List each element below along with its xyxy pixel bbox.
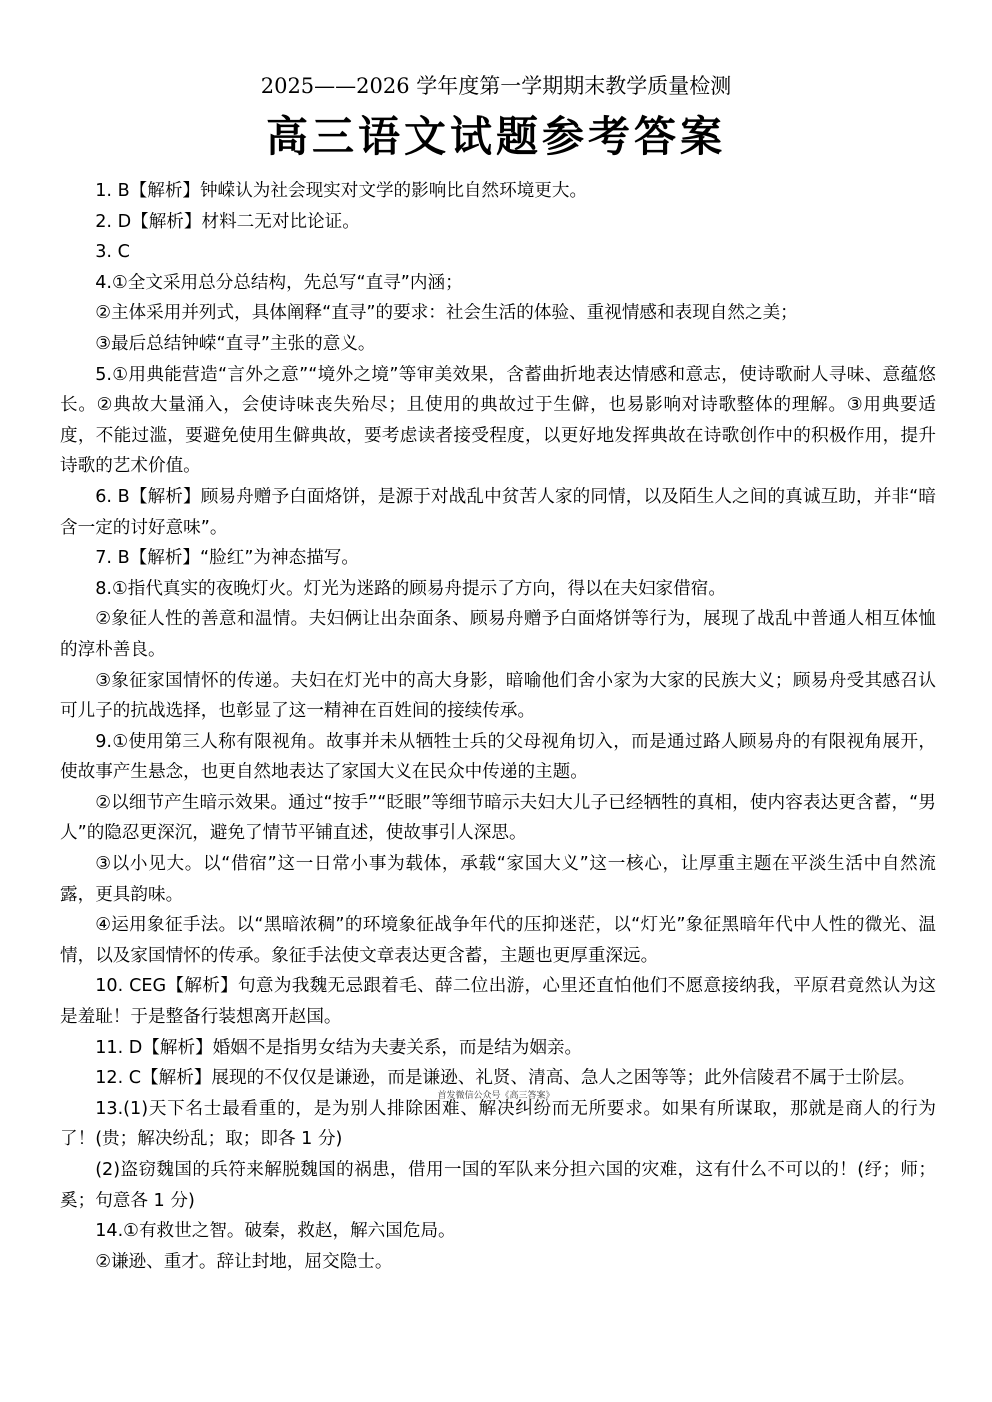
answer-q8-point3: ③象征家国情怀的传递。夫妇在灯光中的高大身影，暗喻他们舍小家为大家的民族大义；顾… bbox=[60, 666, 936, 727]
exam-subtitle: 2025——2026 学年度第一学期期末教学质量检测 bbox=[0, 70, 992, 100]
answer-q9-point1: 9.①使用第三人称有限视角。故事并未从牺牲士兵的父母视角切入，而是通过路人顾易舟… bbox=[60, 727, 936, 788]
watermark-text: 首发微信公众号《高三答案》 bbox=[0, 1088, 992, 1101]
answer-q6: 6. B【解析】顾易舟赠予白面烙饼，是源于对战乱中贫苦人家的同情，以及陌生人之间… bbox=[60, 482, 936, 543]
answer-list: 1. B【解析】钟嵘认为社会现实对文学的影响比自然环境更大。 2. D【解析】材… bbox=[60, 176, 936, 1277]
answer-q14-point2: ②谦逊、重才。辞让封地，屈交隐士。 bbox=[60, 1247, 936, 1278]
answer-q1: 1. B【解析】钟嵘认为社会现实对文学的影响比自然环境更大。 bbox=[60, 176, 936, 207]
answer-q9-point3: ③以小见大。以“借宿”这一日常小事为载体，承载“家国大义”这一核心，让厚重主题在… bbox=[60, 849, 936, 910]
answer-q13-part2: (2)盗窃魏国的兵符来解脱魏国的祸患，借用一国的军队来分担六国的灾难，这有什么不… bbox=[60, 1155, 936, 1216]
answer-q8-point2: ②象征人性的善意和温情。夫妇俩让出杂面条、顾易舟赠予白面烙饼等行为，展现了战乱中… bbox=[60, 604, 936, 665]
answer-q8-point1: 8.①指代真实的夜晚灯火。灯光为迷路的顾易舟提示了方向，得以在夫妇家借宿。 bbox=[60, 574, 936, 605]
answer-key-page: 2025——2026 学年度第一学期期末教学质量检测 高三语文试题参考答案 1.… bbox=[0, 0, 992, 1402]
answer-q4-point2: ②主体采用并列式，具体阐释“直寻”的要求：社会生活的体验、重视情感和表现自然之美… bbox=[60, 298, 936, 329]
answer-q11: 11. D【解析】婚姻不是指男女结为夫妻关系，而是结为姻亲。 bbox=[60, 1033, 936, 1064]
answer-q3: 3. C bbox=[60, 237, 936, 268]
answer-q9-point4: ④运用象征手法。以“黑暗浓稠”的环境象征战争年代的压抑迷茫，以“灯光”象征黑暗年… bbox=[60, 910, 936, 971]
answer-q7: 7. B【解析】“脸红”为神态描写。 bbox=[60, 543, 936, 574]
page-title: 高三语文试题参考答案 bbox=[0, 104, 992, 164]
answer-q10: 10. CEG【解析】句意为我魏无忌跟着毛、薛二位出游，心里还直怕他们不愿意接纳… bbox=[60, 971, 936, 1032]
answer-q9-point2: ②以细节产生暗示效果。通过“按手”“眨眼”等细节暗示夫妇大儿子已经牺牲的真相，使… bbox=[60, 788, 936, 849]
answer-q2: 2. D【解析】材料二无对比论证。 bbox=[60, 207, 936, 238]
answer-q4-point1: 4.①全文采用总分总结构，先总写“直寻”内涵； bbox=[60, 268, 936, 299]
answer-q13-part1: 13.(1)天下名士最看重的，是为别人排除困难、解决纠纷而无所要求。如果有所谋取… bbox=[60, 1094, 936, 1155]
answer-q14-point1: 14.①有救世之智。破秦，救赵，解六国危局。 bbox=[60, 1216, 936, 1247]
answer-q4-point3: ③最后总结钟嵘“直寻”主张的意义。 bbox=[60, 329, 936, 360]
answer-q5: 5.①用典能营造“言外之意”“境外之境”等审美效果，含蓄曲折地表达情感和意志，使… bbox=[60, 360, 936, 482]
